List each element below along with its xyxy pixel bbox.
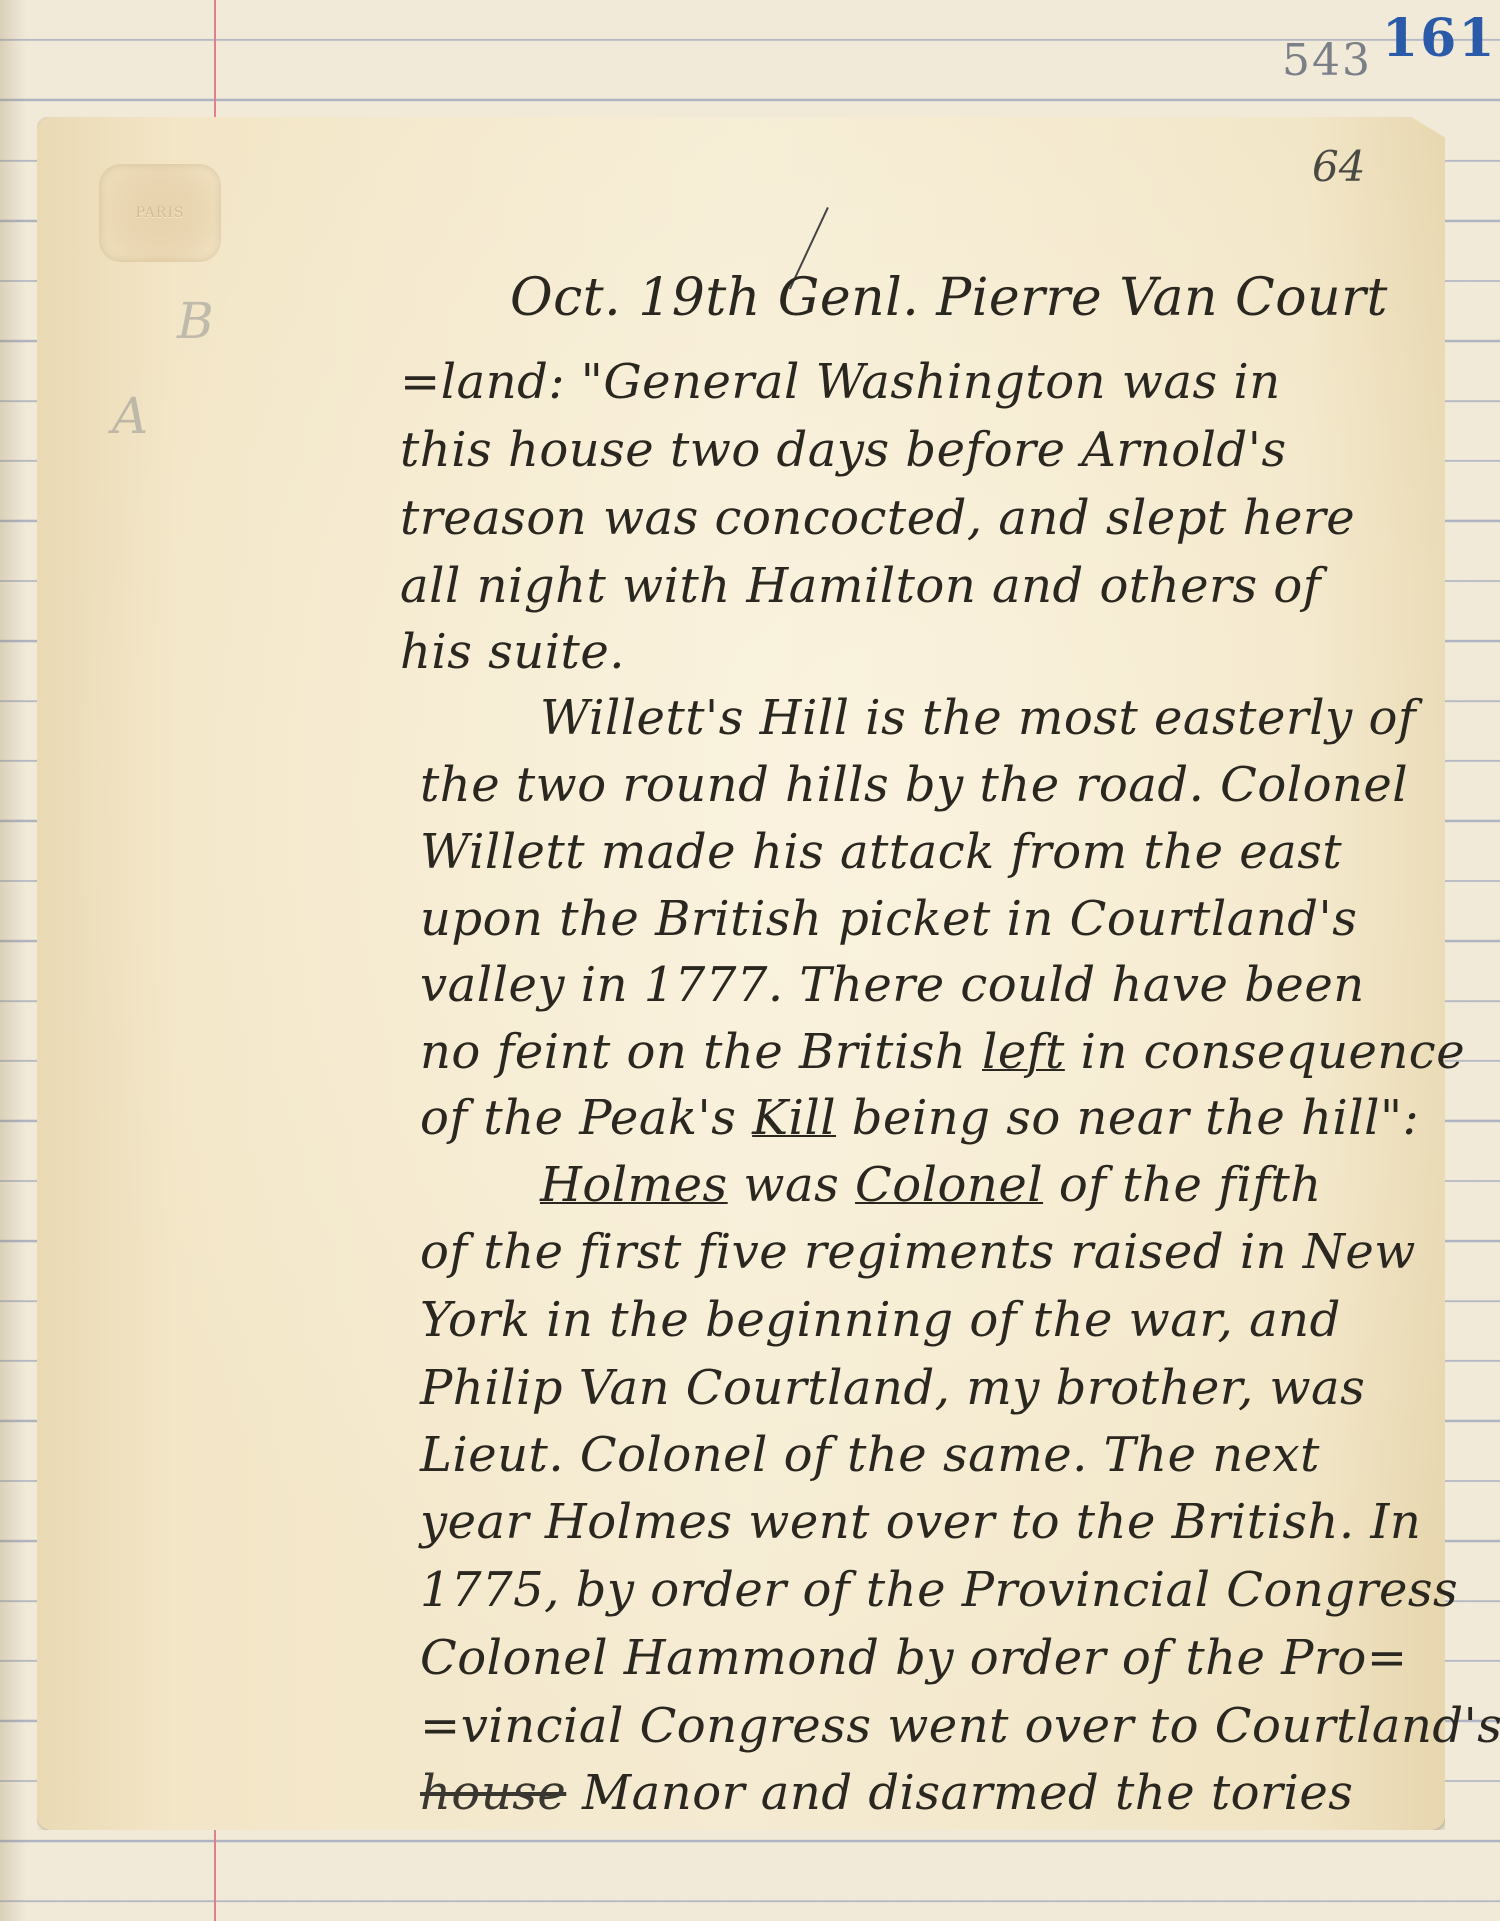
manuscript-line: York in the beginning of the war, and	[420, 1290, 1440, 1350]
underlined-word: Holmes	[540, 1157, 728, 1213]
manuscript-line: 1775, by order of the Provincial Congres…	[420, 1560, 1440, 1620]
manuscript-line: Willett made his attack from the east	[420, 822, 1440, 882]
manuscript-line: =vincial Congress went over to Courtland…	[420, 1696, 1440, 1756]
manuscript-line: Holmes was Colonel of the fifth	[540, 1155, 1500, 1215]
line-text: was	[728, 1157, 855, 1213]
manuscript-line: no feint on the British left in conseque…	[420, 1022, 1440, 1082]
manuscript-line: Philip Van Courtland, my brother, was	[420, 1358, 1440, 1418]
underlined-word: Colonel	[855, 1157, 1043, 1213]
underlined-word: left	[982, 1024, 1065, 1080]
line-text: of the Peak's	[420, 1090, 752, 1146]
line-text: no feint on the British	[420, 1024, 982, 1080]
manuscript-line: =land: "General Washington was in	[400, 352, 1420, 412]
manuscript-line: his suite.	[400, 622, 1420, 682]
manuscript-line: year Holmes went over to the British. In	[420, 1492, 1440, 1552]
line-text: of the fifth	[1043, 1157, 1322, 1213]
manuscript-line: the two round hills by the road. Colonel	[420, 755, 1440, 815]
struck-word: house	[420, 1765, 566, 1821]
manuscript-line: upon the British picket in Courtland's	[420, 889, 1440, 949]
manuscript-line: Lieut. Colonel of the same. The next	[420, 1425, 1440, 1485]
manuscript-line: Oct. 19th Genl. Pierre Van Court	[510, 268, 1500, 328]
manuscript-line: house Manor and disarmed the tories	[420, 1763, 1440, 1823]
manuscript-line: treason was concocted, and slept here	[400, 488, 1420, 548]
line-text: Manor and disarmed the tories	[566, 1765, 1353, 1821]
handwritten-text: Oct. 19th Genl. Pierre Van Court =land: …	[0, 0, 1500, 1921]
underlined-word: Kill	[752, 1090, 836, 1146]
line-text: in consequence	[1065, 1024, 1465, 1080]
manuscript-line: valley in 1777. There could have been	[420, 955, 1440, 1015]
manuscript-line: all night with Hamilton and others of	[400, 556, 1420, 616]
manuscript-line: this house two days before Arnold's	[400, 420, 1420, 480]
manuscript-line: Colonel Hammond by order of the Pro=	[420, 1628, 1440, 1688]
manuscript-line: of the first five regiments raised in Ne…	[420, 1222, 1440, 1282]
manuscript-line: of the Peak's Kill being so near the hil…	[420, 1088, 1440, 1148]
manuscript-line: Willett's Hill is the most easterly of	[540, 688, 1500, 748]
line-text: being so near the hill":	[836, 1090, 1419, 1146]
